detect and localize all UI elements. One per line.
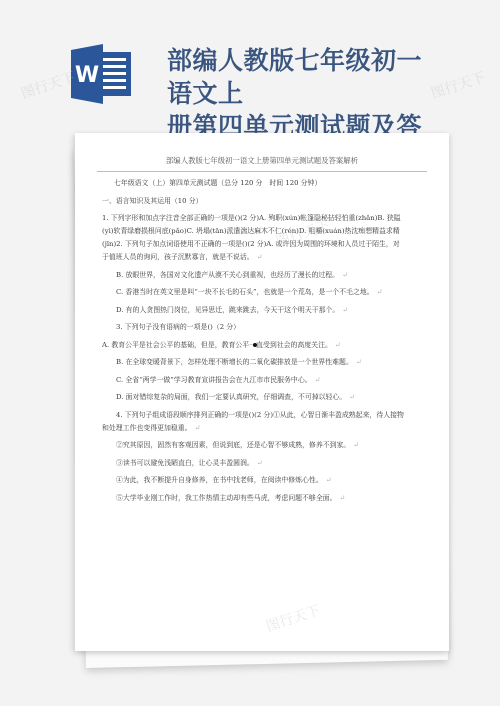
q3-option-d: D. 面对错综复杂的局面，我们一定要认真研究，仔细调查，不可掉以轻心。↵ [102, 391, 427, 404]
option-text: ④为此，我不断提升自身修养，在书中找老师，在阅读中修炼心性。 [116, 476, 323, 484]
option-text: C. 香港当时在英文里是叫“一块不长毛的石头”，也就是一个荒岛，是一个不毛之地。 [116, 288, 374, 296]
q3-option-a: A. 教育公平是社会公平的基础，但是，教育公平一直受到社会的高度关注。↵ [102, 339, 427, 352]
option-text: ⑤大学毕业刚工作时，我工作热情主动却有些马虎，考虑问题不够全面。 [116, 494, 337, 502]
paragraph-mark: ↵ [353, 441, 359, 449]
document-header: 部编人教版七年级初一语文上册第四单元测试题及答案解析 [75, 155, 449, 166]
question-3: 3. 下列句子没有语病的一项是()（2 分） [102, 321, 427, 334]
q4-sentence-5: ⑤大学毕业刚工作时，我工作热情主动却有些马虎，考虑问题不够全面。↵ [102, 492, 427, 505]
paragraph-mark: ↵ [195, 424, 201, 432]
document-page: 部编人教版七年级初一语文上册第四单元测试题及答案解析 七年级语文（上）第四单元测… [75, 133, 449, 651]
cursor-dot [253, 343, 257, 347]
exam-info: 七年级语文（上）第四单元测试题（总分 120 分 时间 120 分钟） [102, 177, 427, 190]
watermark: 图行天下 [428, 67, 487, 103]
q4-line-1: 4. 下列句子组成语段顺序排列正确的一项是()(2 分)①从此，心智日渐丰盈成熟… [102, 409, 404, 422]
q2-option-d: D. 有的人贪图热门岗位，见异思迁，跳来跳去，今天干这个明天干那个。↵ [102, 304, 427, 317]
q3-option-c: C. 全省“两学一做”学习教育宣讲报告会在九江市市民服务中心。↵ [102, 374, 427, 387]
q4-line-2: 和处理工作也变得更加稳重。 [102, 424, 192, 432]
q2-option-a: 于值班人员的询问，孩子沉默寡言，就是不说话。 [102, 253, 254, 261]
option-text: ②究其原因，固然有客观因素，但说到底，还是心智不够成熟，修养不到家。 [116, 441, 350, 449]
question-1: 1. 下列字形和加点字注音全部正确的一项是()(2 分)A. 殉职(xún)帐篷… [102, 212, 427, 264]
paragraph-mark: ↵ [335, 341, 341, 349]
section-heading: 一、语言知识及其运用（10 分） [102, 195, 427, 208]
paragraph-mark: ↵ [349, 393, 355, 401]
paragraph-mark: ↵ [356, 358, 362, 366]
option-text: C. 全省“两学一做”学习教育宣讲报告会在九江市市民服务中心。 [116, 376, 312, 384]
option-text: B. 在全球变暖背景下，怎样处理不断增长的二氧化碳排放是一个世界性难题。 [116, 358, 353, 366]
q2-option-c: C. 香港当时在英文里是叫“一块不长毛的石头”，也就是一个荒岛，是一个不毛之地。… [102, 286, 427, 299]
option-text: B. 放眼世界，各国对文化遗产从漠不关心到重视，也经历了漫长的过程。 [116, 271, 339, 279]
document-body: 七年级语文（上）第四单元测试题（总分 120 分 时间 120 分钟） 一、语言… [102, 177, 427, 509]
paragraph-mark: ↵ [315, 376, 321, 384]
paragraph-mark: ↵ [377, 288, 383, 296]
paragraph-mark: ↵ [342, 271, 348, 279]
title-line-1: 部编人教版七年级初一语文上 [167, 44, 437, 110]
paragraph-mark: ↵ [257, 253, 263, 261]
banner: W 部编人教版七年级初一语文上 册第四单元测试题及答案解析 图行天下 图行天下 [0, 0, 500, 130]
q4-sentence-3: ③读书可以避免浅陋直白，让心灵丰盈圆润。↵ [102, 457, 427, 470]
paragraph-mark: ↵ [342, 306, 348, 314]
option-text: A. 教育公平是社会公平的基础，但是，教育公平一直受到社会的高度关注。 [102, 341, 332, 349]
q3-option-b: B. 在全球变暖背景下，怎样处理不断增长的二氧化碳排放是一个世界性难题。↵ [102, 356, 427, 369]
paragraph-mark: ↵ [326, 476, 332, 484]
option-text: D. 有的人贪图热门岗位，见异思迁，跳来跳去，今天干这个明天干那个。 [116, 306, 339, 314]
q4-sentence-4: ④为此，我不断提升自身修养，在书中找老师，在阅读中修炼心性。↵ [102, 474, 427, 487]
option-text: D. 面对错综复杂的局面，我们一定要认真研究，仔细调查，不可掉以轻心。 [116, 393, 346, 401]
paragraph-mark: ↵ [340, 494, 346, 502]
q1-line-1: 1. 下列字形和加点字注音全部正确的一项是()(2 分)A. 殉职(xún)帐篷… [102, 214, 401, 222]
q1-line-2: (yì)软青绿磨损根问底(pǎo)C. 坍塌(tān)派遣湍达麻木不仁(rén)… [102, 227, 400, 235]
q4-sentence-2: ②究其原因，固然有客观因素，但说到底，还是心智不够成熟，修养不到家。↵ [102, 439, 427, 452]
q1-line-3: (jīn)2. 下列句子加点词语使用不正确的一项是()(2 分)A. 或许因为周… [102, 240, 400, 248]
watermark: 图行天下 [263, 600, 322, 636]
option-text: ③读书可以避免浅陋直白，让心灵丰盈圆润。 [116, 459, 254, 467]
question-4: 4. 下列句子组成语段顺序排列正确的一项是()(2 分)①从此，心智日渐丰盈成熟… [102, 409, 427, 435]
header-divider [97, 171, 427, 172]
q2-option-b: B. 放眼世界，各国对文化遗产从漠不关心到重视，也经历了漫长的过程。↵ [102, 269, 427, 282]
word-document-icon: W [69, 44, 134, 104]
paragraph-mark: ↵ [257, 459, 263, 467]
svg-text:W: W [75, 63, 99, 88]
